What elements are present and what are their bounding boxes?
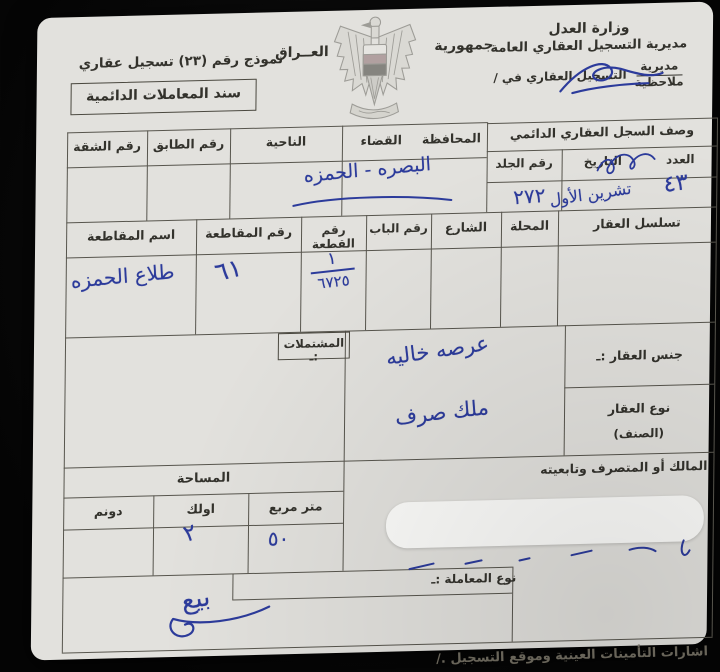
hw-location-underline (287, 191, 457, 211)
header-sector-no: رقم المقاطعة (196, 225, 301, 242)
hw-type-value: ملك صرف (394, 395, 489, 429)
form-title: نموذج رقم (٢٣) تسجيل عقاري (75, 52, 287, 73)
hw-sqm-value: ٥٠ (268, 526, 290, 551)
grid-line (712, 117, 719, 636)
header-property-seq: تسلسل العقار (558, 215, 716, 233)
deed-title: سند المعاملات الدائمية (72, 80, 256, 106)
property-type-sub-label: (الصنف) (564, 426, 714, 443)
header-county: القضاء (361, 133, 403, 148)
republic-word: جمهورية (429, 37, 499, 55)
hw-sector-name: طلاع الحمزه (70, 259, 175, 293)
header-district: الناحية (230, 134, 342, 151)
hw-genus-value: عرصه خاليه (385, 331, 490, 370)
grid-line (564, 384, 714, 389)
transaction-label: نوع المعاملة :ـ (232, 572, 516, 593)
header-door-no: رقم الباب (366, 222, 431, 237)
deed-title-box: سند المعاملات الدائمية (70, 79, 256, 116)
header-street: الشارع (431, 220, 501, 236)
photo-background: وزارة العدل مديرية التسجيل العقاري العام… (0, 0, 720, 672)
area-title: المساحة (63, 469, 343, 491)
header-volume-no: رقم الجلد (487, 156, 562, 172)
grid-line (62, 132, 69, 652)
header-sqm: متر مربع (248, 499, 343, 516)
header-sector-name: اسم المقاطعة (66, 227, 196, 245)
owner-label: المالك أو المتصرف وتابعيته (463, 459, 707, 479)
header-apartment-no: رقم الشقة (67, 138, 147, 154)
header-record-number: العدد (666, 153, 695, 168)
transaction-flourish (159, 598, 279, 647)
header-locality: المحلة (501, 218, 558, 234)
header-olk: اولك (153, 501, 248, 518)
hw-volume-value: ٢٧٢ (497, 182, 562, 211)
grid-line (66, 242, 716, 259)
contents-label: المشتملات :ـ (279, 333, 349, 365)
grid-line (63, 523, 343, 531)
signature-scribble (552, 53, 668, 104)
contents-label-box: المشتملات :ـ (278, 332, 350, 361)
header-governorate-county: المحافظة القضاء (342, 131, 487, 149)
header-governorate: المحافظة (422, 131, 481, 147)
record-title: وصف السجل العقاري الدائمي (487, 123, 717, 143)
hw-plot-denominator: ٦٧٢٥ (317, 271, 351, 292)
grid-line (65, 322, 715, 339)
hw-plot-numerator: ١ (327, 249, 338, 270)
iraq-eagle-emblem-icon (324, 11, 425, 126)
genus-label: جنس العقار :ـ (565, 347, 715, 365)
grid-line (343, 331, 347, 571)
grid-line (63, 491, 343, 499)
deed-document-paper: وزارة العدل مديرية التسجيل العقاري العام… (31, 2, 714, 661)
hw-sector-no: ٦١ (212, 253, 244, 287)
property-type-label: نوع العقار (564, 400, 714, 418)
hw-date-scribble (591, 149, 667, 179)
hw-location-value: البصره - الحمزه (303, 153, 431, 187)
hw-plot-fraction: ١ ٦٧٢٥ (305, 246, 360, 294)
header-donum: دونم (63, 503, 153, 520)
header-floor-no: رقم الطابق (147, 136, 230, 152)
hw-olk-value: ٢ (180, 519, 200, 548)
